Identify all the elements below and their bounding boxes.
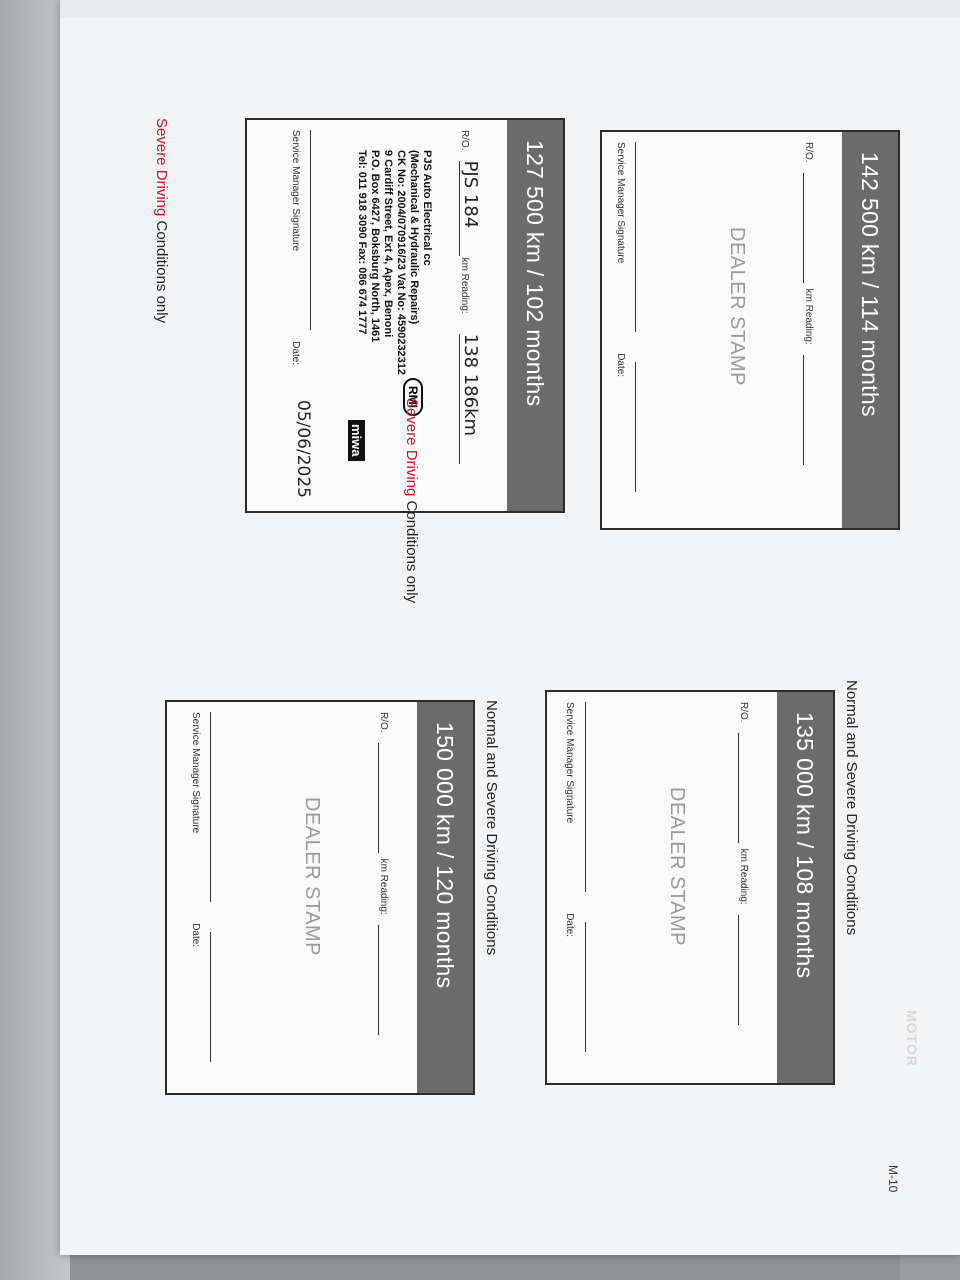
date-line[interactable] [210, 932, 223, 1062]
km-reading-field[interactable] [803, 355, 816, 465]
signature-line[interactable] [210, 712, 223, 902]
dealer-stamp-placeholder: DEALER STAMP [665, 787, 688, 946]
ro-value[interactable]: PJS 184 [459, 161, 481, 256]
date-line[interactable] [635, 362, 648, 492]
card-title: 135 000 km / 108 months [777, 692, 833, 1083]
section-heading-4: Normal and Severe Driving Conditions [483, 700, 500, 955]
card-title: 127 500 km / 102 months [507, 120, 563, 511]
date-line[interactable] [585, 922, 598, 1052]
ro-km-row: R/O. PJS 184 km Reading: 138 186km [459, 130, 481, 500]
signature-line[interactable] [310, 130, 323, 330]
miwa-logo: miwa [348, 420, 365, 461]
ro-field[interactable] [803, 173, 816, 283]
page-number: M-10 [886, 1165, 900, 1192]
service-booklet-page: Severe Driving Conditions only 127 500 k… [60, 0, 960, 1255]
pjs-stamp: PJS Auto Electrical cc (Mechanical & Hyd… [355, 150, 433, 375]
faded-header-text: MOTOR [904, 1010, 920, 1067]
date-value[interactable]: 05/06/2025 [293, 400, 313, 498]
km-reading-value[interactable]: 138 186km [459, 334, 481, 464]
section-heading-2: Severe Driving Conditions only [403, 398, 420, 603]
section-heading-3: Normal and Severe Driving Conditions [843, 680, 860, 935]
signature-line[interactable] [585, 702, 598, 892]
service-card-142500: 142 500 km / 114 months R/O. km Reading:… [600, 130, 900, 530]
card-title: 142 500 km / 114 months [842, 132, 898, 528]
ro-field[interactable] [378, 743, 391, 853]
service-card-135000: 135 000 km / 108 months R/O. km Reading:… [545, 690, 835, 1085]
signature-line[interactable] [635, 142, 648, 332]
km-reading-field[interactable] [738, 915, 751, 1025]
service-card-150000: 150 000 km / 120 months R/O. km Reading:… [165, 700, 475, 1095]
section-heading-1: Severe Driving Conditions only [153, 118, 170, 323]
card-title: 150 000 km / 120 months [417, 702, 473, 1093]
km-reading-field[interactable] [378, 925, 391, 1035]
dealer-stamp-placeholder: DEALER STAMP [725, 227, 748, 386]
landscape-content: Severe Driving Conditions only 127 500 k… [60, 0, 960, 1255]
dealer-stamp-placeholder: DEALER STAMP [300, 797, 323, 956]
ro-field[interactable] [738, 733, 751, 843]
